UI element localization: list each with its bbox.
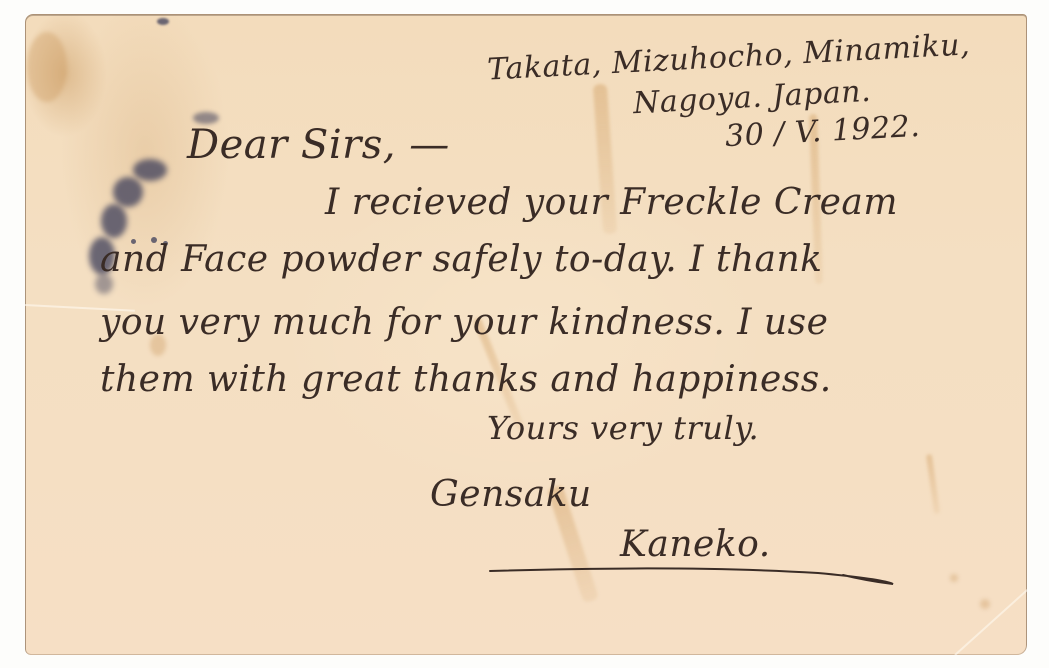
stain-dot-2 [950, 574, 958, 582]
signature-first-name: Gensaku [430, 474, 592, 515]
ink-dot [101, 204, 127, 238]
postmark-ink-smudge [83, 149, 173, 309]
address-line-1: Takata, Mizuhocho, Minamiku, [486, 27, 970, 87]
stain-top-left [27, 32, 67, 102]
signature-underline [488, 567, 898, 587]
body-line-1: I recieved your Freckle Cream [325, 182, 898, 223]
ink-dot [133, 159, 167, 181]
signature-last-name: Kaneko. [620, 524, 771, 565]
body-line-4: them with great thanks and happiness. [100, 359, 832, 400]
ink-dot [113, 177, 143, 207]
body-line-3: you very much for your kindness. I use [100, 302, 828, 343]
salutation: Dear Sirs, — [187, 122, 450, 168]
stain-dot-3 [980, 599, 990, 609]
ink-mark-top [157, 18, 169, 25]
stain-drip-5 [926, 454, 940, 514]
postcard: Takata, Mizuhocho, Minamiku, Nagoya. Jap… [25, 14, 1027, 655]
date: 30 / V. 1922. [724, 109, 921, 154]
scan-page: Takata, Mizuhocho, Minamiku, Nagoya. Jap… [0, 0, 1049, 668]
closing: Yours very truly. [487, 409, 759, 447]
body-line-2: and Face powder safely to-day. I thank [100, 239, 822, 280]
crease-corner [954, 574, 1027, 655]
